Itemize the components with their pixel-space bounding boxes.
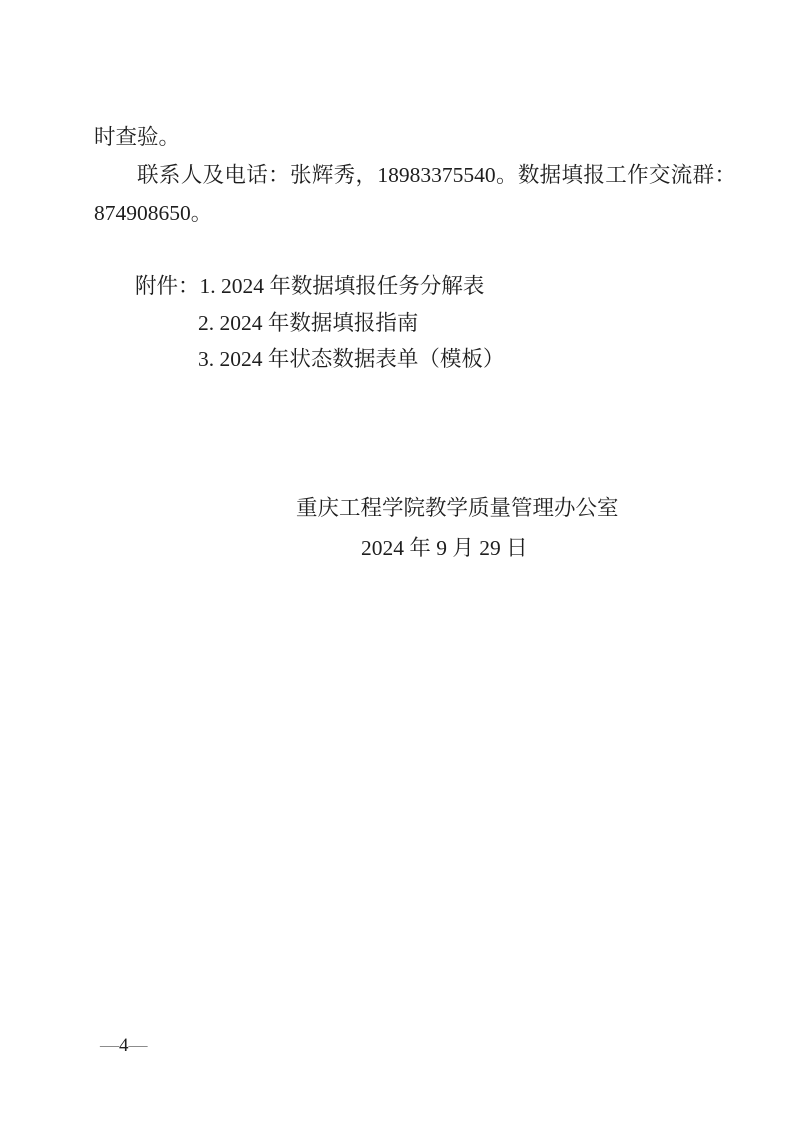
attachment-item-2: 2. 2024 年数据填报指南: [94, 305, 736, 342]
signature-organization: 重庆工程学院教学质量管理办公室: [296, 496, 619, 520]
page-number-dash-right: —: [129, 1035, 148, 1056]
page-number-value: 4: [119, 1035, 129, 1056]
attachment-item-3: 3. 2024 年状态数据表单（模板）: [94, 341, 736, 378]
page-number: —4—: [100, 1035, 148, 1057]
attachment-line-1: 附件：1. 2024 年数据填报任务分解表: [94, 268, 736, 305]
attachments-block: 附件：1. 2024 年数据填报任务分解表 2. 2024 年数据填报指南 3.…: [94, 268, 736, 378]
attachments-label: 附件：: [135, 274, 200, 298]
signature-date: 2024 年 9 月 29 日: [361, 536, 528, 560]
body-text: 时查验。 联系人及电话：张辉秀，18983375540。数据填报工作交流群：87…: [94, 118, 736, 232]
page-number-dash-left: —: [100, 1035, 119, 1056]
document-page: 时查验。 联系人及电话：张辉秀，18983375540。数据填报工作交流群：87…: [0, 0, 794, 1122]
attachment-item-1: 1. 2024 年数据填报任务分解表: [200, 274, 485, 298]
contact-paragraph: 联系人及电话：张辉秀，18983375540。数据填报工作交流群：8749086…: [94, 156, 736, 232]
continuation-line: 时查验。: [94, 118, 736, 156]
